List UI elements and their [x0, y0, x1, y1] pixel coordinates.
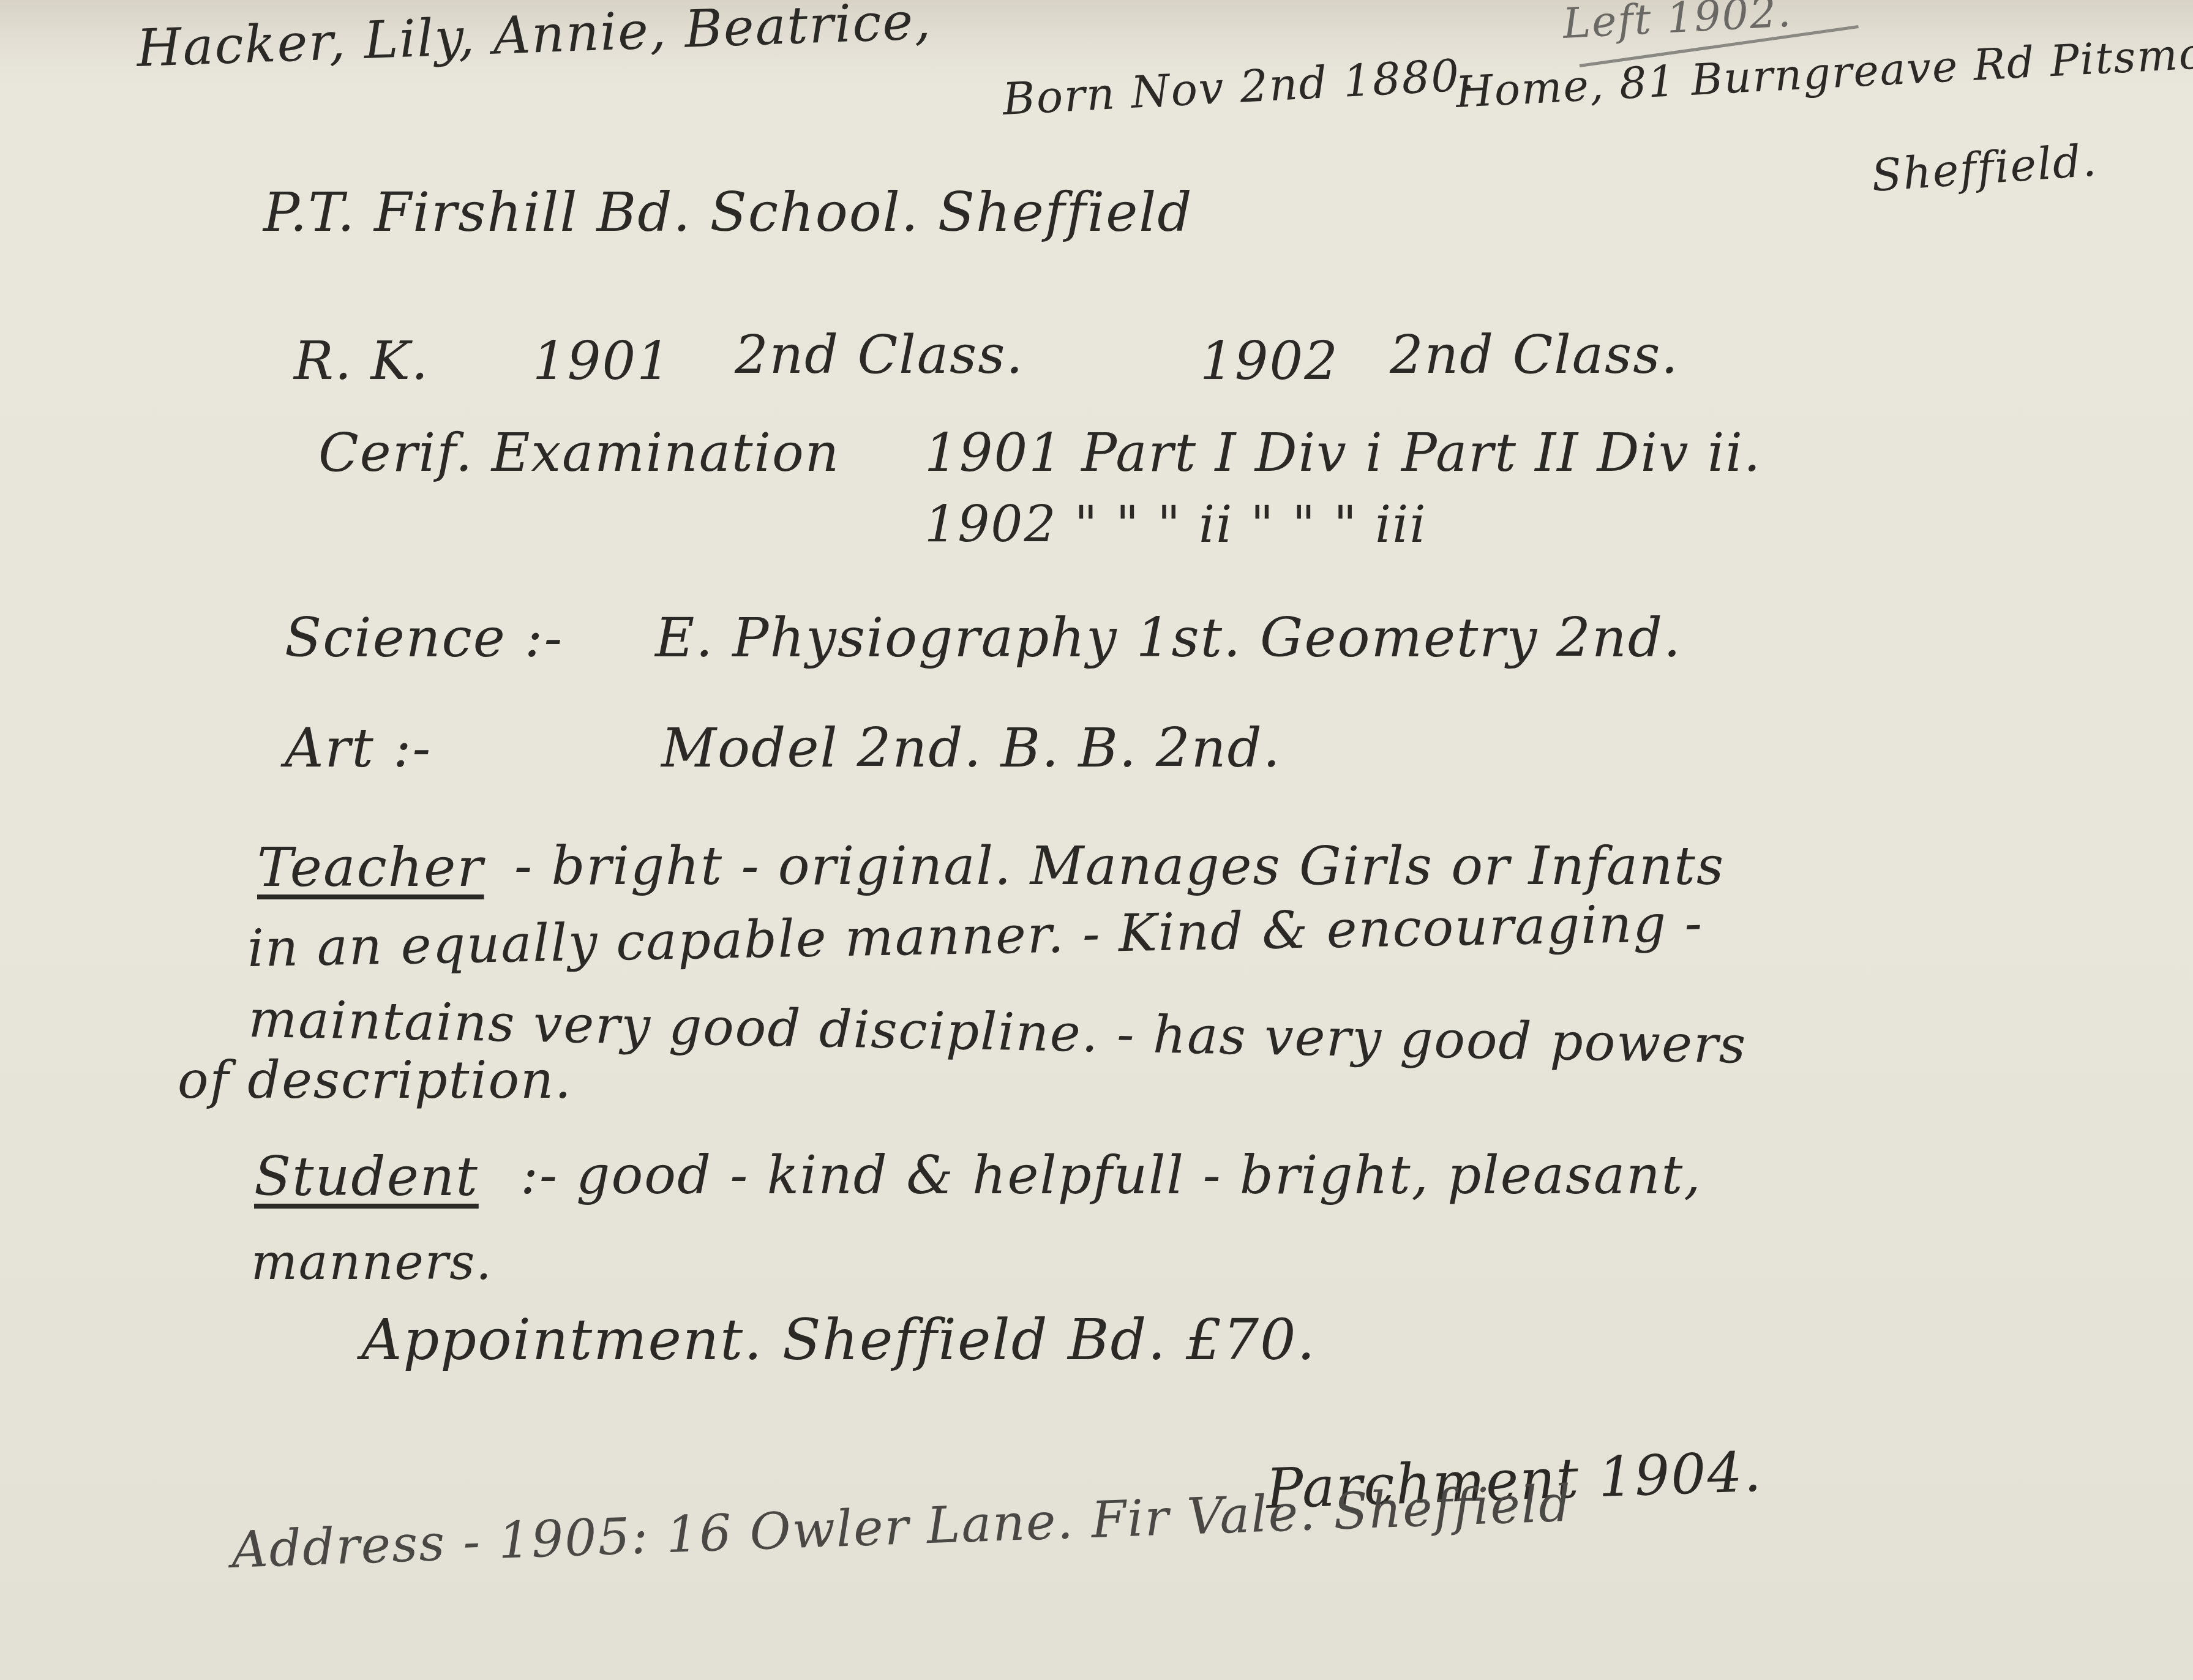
teacher-label: Teacher: [257, 836, 484, 899]
science-results: E. Physiography 1st. Geometry 2nd.: [655, 606, 1682, 669]
art-label: Art :-: [285, 716, 432, 779]
student-remark-line-2: manners.: [251, 1234, 493, 1291]
rk-result-1902: 2nd Class.: [1390, 324, 1679, 386]
rk-year-1902: 1902: [1200, 331, 1339, 392]
pupil-teacher-school: P.T. Firshill Bd. School. Sheffield: [263, 181, 1193, 244]
certificate-label: Cerif. Examination: [318, 422, 840, 484]
student-label: Student: [254, 1145, 479, 1208]
certificate-1901-results: 1901 Part I Div i Part II Div ii.: [924, 422, 1761, 484]
rk-label: R. K.: [294, 331, 429, 392]
certificate-1902-results: 1902 " " " ii " " " iii: [924, 496, 1427, 554]
rk-year-1901: 1901: [533, 331, 672, 392]
teacher-remark-line-1: - bright - original. Manages Girls or In…: [514, 836, 1725, 897]
science-label: Science :-: [285, 606, 563, 669]
teacher-remark-line-4: of description.: [178, 1050, 572, 1110]
rk-result-1901: 2nd Class.: [735, 324, 1024, 386]
appointment: Appointment. Sheffield Bd. £70.: [361, 1307, 1316, 1373]
art-results: Model 2nd. B. B. 2nd.: [661, 716, 1281, 779]
student-remark-line-1: :- good - kind & helpfull - bright, plea…: [520, 1145, 1702, 1206]
